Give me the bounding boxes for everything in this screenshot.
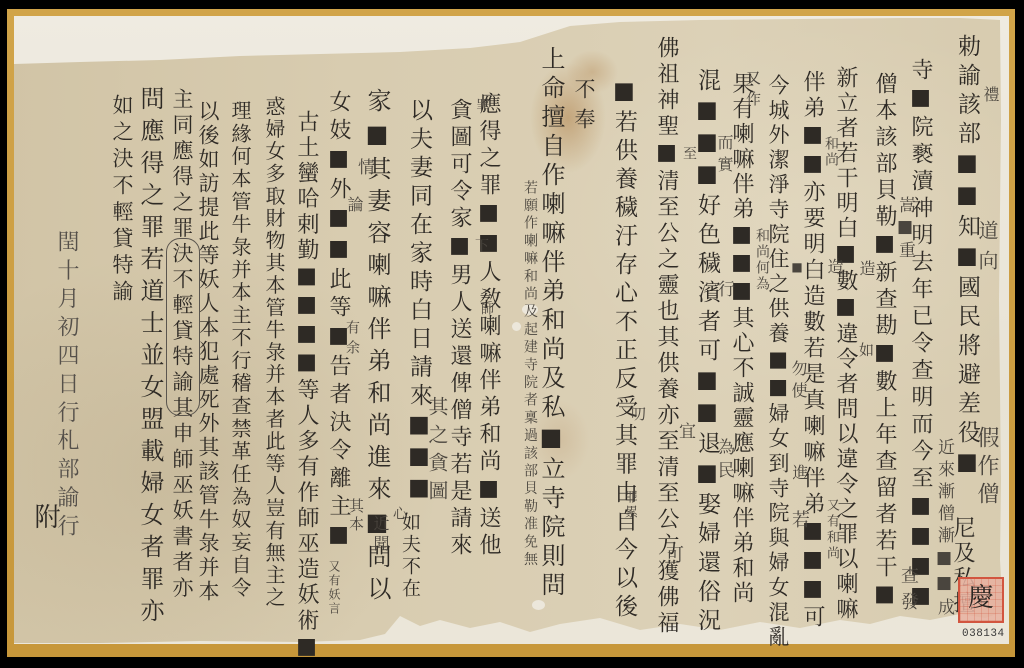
appendix-mark: 附 bbox=[32, 503, 58, 529]
annotation: 若願作喇嘛和尚及起建寺院者稟過該部貝勒准免無 bbox=[523, 180, 537, 569]
annotation: 又有妖言 bbox=[328, 560, 340, 616]
annotation: 有余 bbox=[345, 320, 359, 360]
annotation: 心 bbox=[392, 506, 406, 520]
text-column: 如夫不在 bbox=[400, 512, 419, 600]
text-column: 如之決不輕貸特諭 bbox=[111, 94, 132, 307]
annotation: 嵩■重 bbox=[896, 196, 913, 262]
annotation: 查發 bbox=[899, 566, 917, 618]
paper-hole bbox=[512, 322, 521, 331]
text-column: 以後如訪提此等妖人本犯處死外其該管牛彔并本 bbox=[197, 100, 218, 604]
annotation: 造 bbox=[858, 260, 874, 276]
annotation: 和尚何為 bbox=[755, 228, 769, 292]
text-column: 僧本該部貝勒■新查勘■數上年查留者若干■ bbox=[873, 72, 895, 611]
annotation: 近來漸僧漸■■成 bbox=[935, 438, 952, 620]
text-column: 寺■院褻瀆神明去年已令查明而今至■■■■ bbox=[909, 58, 931, 613]
text-column: 今城外潔淨寺院住之供養■■婦女到寺院與婦女混亂 bbox=[767, 74, 788, 650]
annotation: 又有和尚 bbox=[825, 498, 838, 562]
text-column: 理緣何本管牛彔并本主不行稽查禁革任為奴妄自令 bbox=[230, 100, 250, 599]
annotation: 勿使 bbox=[790, 360, 806, 404]
annotation: 若 bbox=[790, 510, 808, 528]
red-seal-stamp: 慶 bbox=[958, 577, 1004, 623]
annotation: 情 bbox=[355, 158, 372, 175]
text-column: 伴弟■■亦要明白造數若是真喇嘛伴弟■■■可 bbox=[801, 70, 823, 631]
circled-phrase-outline bbox=[166, 238, 200, 416]
annotation: 而實 bbox=[716, 134, 732, 178]
paper-hole bbox=[532, 600, 545, 610]
annotation: 至 bbox=[682, 146, 696, 160]
seal-character: 慶 bbox=[960, 585, 1002, 611]
annotation: 進 bbox=[791, 464, 807, 480]
annotation: 和尚 bbox=[824, 136, 838, 168]
text-column: 問應得之罪若道士並女盟載婦女者罪亦 bbox=[138, 86, 162, 630]
annotation: ■ bbox=[791, 260, 803, 274]
annotation: 下 bbox=[474, 238, 488, 252]
annotation: 罪 bbox=[475, 98, 489, 112]
annotation: 造 bbox=[826, 258, 842, 274]
annotation: 道向 bbox=[977, 220, 997, 280]
annotation: 為民 bbox=[715, 438, 732, 484]
archive-number: 038134 bbox=[962, 628, 1005, 640]
annotation: 禮 bbox=[982, 86, 998, 102]
annotation: 假作僧 bbox=[975, 426, 997, 510]
annotation: 論 bbox=[346, 196, 362, 212]
annotation: 其之貪圖 bbox=[427, 396, 447, 508]
annotation: 近聞 bbox=[372, 515, 388, 555]
text-column: 上命擅自作喇嘛伴弟和尚及私■立寺院則問 bbox=[539, 46, 563, 601]
annotation: 宜 bbox=[676, 422, 693, 439]
date-line: 閏十月初四日行札部諭行 bbox=[55, 230, 77, 542]
annotation: 其本 bbox=[348, 498, 363, 534]
annotation: 行 bbox=[715, 280, 732, 297]
text-column: 古土蠻哈剌勤■■■■等人多有作師巫造妖術■ bbox=[295, 110, 317, 663]
annotation: 師 bbox=[479, 302, 492, 315]
text-column: 應得之罪■■人敎喇嘛伴弟和尚■送他 bbox=[477, 92, 499, 560]
annotation: 又作 bbox=[745, 70, 760, 112]
annotation: 罪累 bbox=[623, 490, 636, 520]
annotation: 如 bbox=[858, 342, 873, 357]
text-column: 不奉 bbox=[573, 78, 594, 138]
text-column: 貪圖可令家■男人送還俾僧寺若是請來 bbox=[448, 98, 470, 560]
annotation: 可 bbox=[664, 545, 682, 563]
annotation: 叨 bbox=[630, 406, 645, 421]
text-column: ■若供養穢汙存心不正反受其罪由自今以後 bbox=[612, 78, 635, 623]
text-column: 惑婦女多取財物其本管牛彔并本者此等人豈有無主之 bbox=[264, 96, 284, 609]
